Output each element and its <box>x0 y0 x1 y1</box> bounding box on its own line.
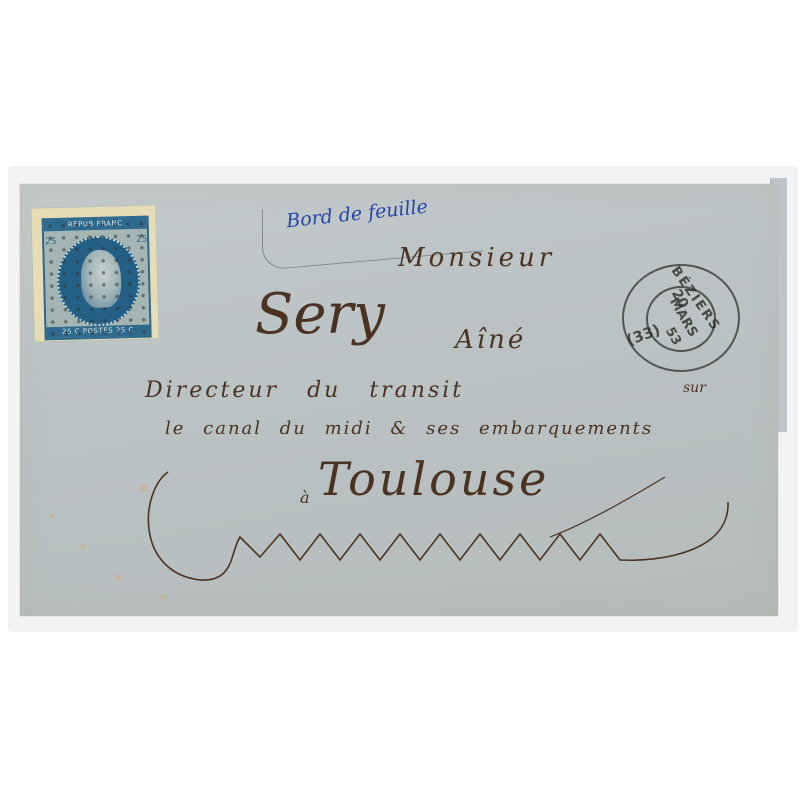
calligraphic-flourish-icon <box>140 462 740 592</box>
foxing-spot <box>115 574 122 581</box>
address-line-2: le canal du midi & ses embarquements <box>165 418 653 439</box>
postmark: BÉZIERS 20 MARS 53 (33) <box>622 264 740 372</box>
salutation: Monsieur <box>398 243 555 273</box>
stamp-frame: REPUB FRANC 25 25 25 C POSTES 25 C <box>42 216 152 341</box>
foxing-spot <box>50 514 55 519</box>
address-line-1: Directeur du transit <box>145 378 464 403</box>
foxing-spot <box>80 544 86 550</box>
lozenge-cancel-icon <box>44 218 150 339</box>
address-line-1-end: sur <box>683 380 706 396</box>
foxing-spot <box>160 594 166 600</box>
recipient-name: Sery <box>255 282 385 347</box>
recipient-suffix: Aîné <box>455 325 526 355</box>
postage-stamp: REPUB FRANC 25 25 25 C POSTES 25 C <box>31 205 158 341</box>
